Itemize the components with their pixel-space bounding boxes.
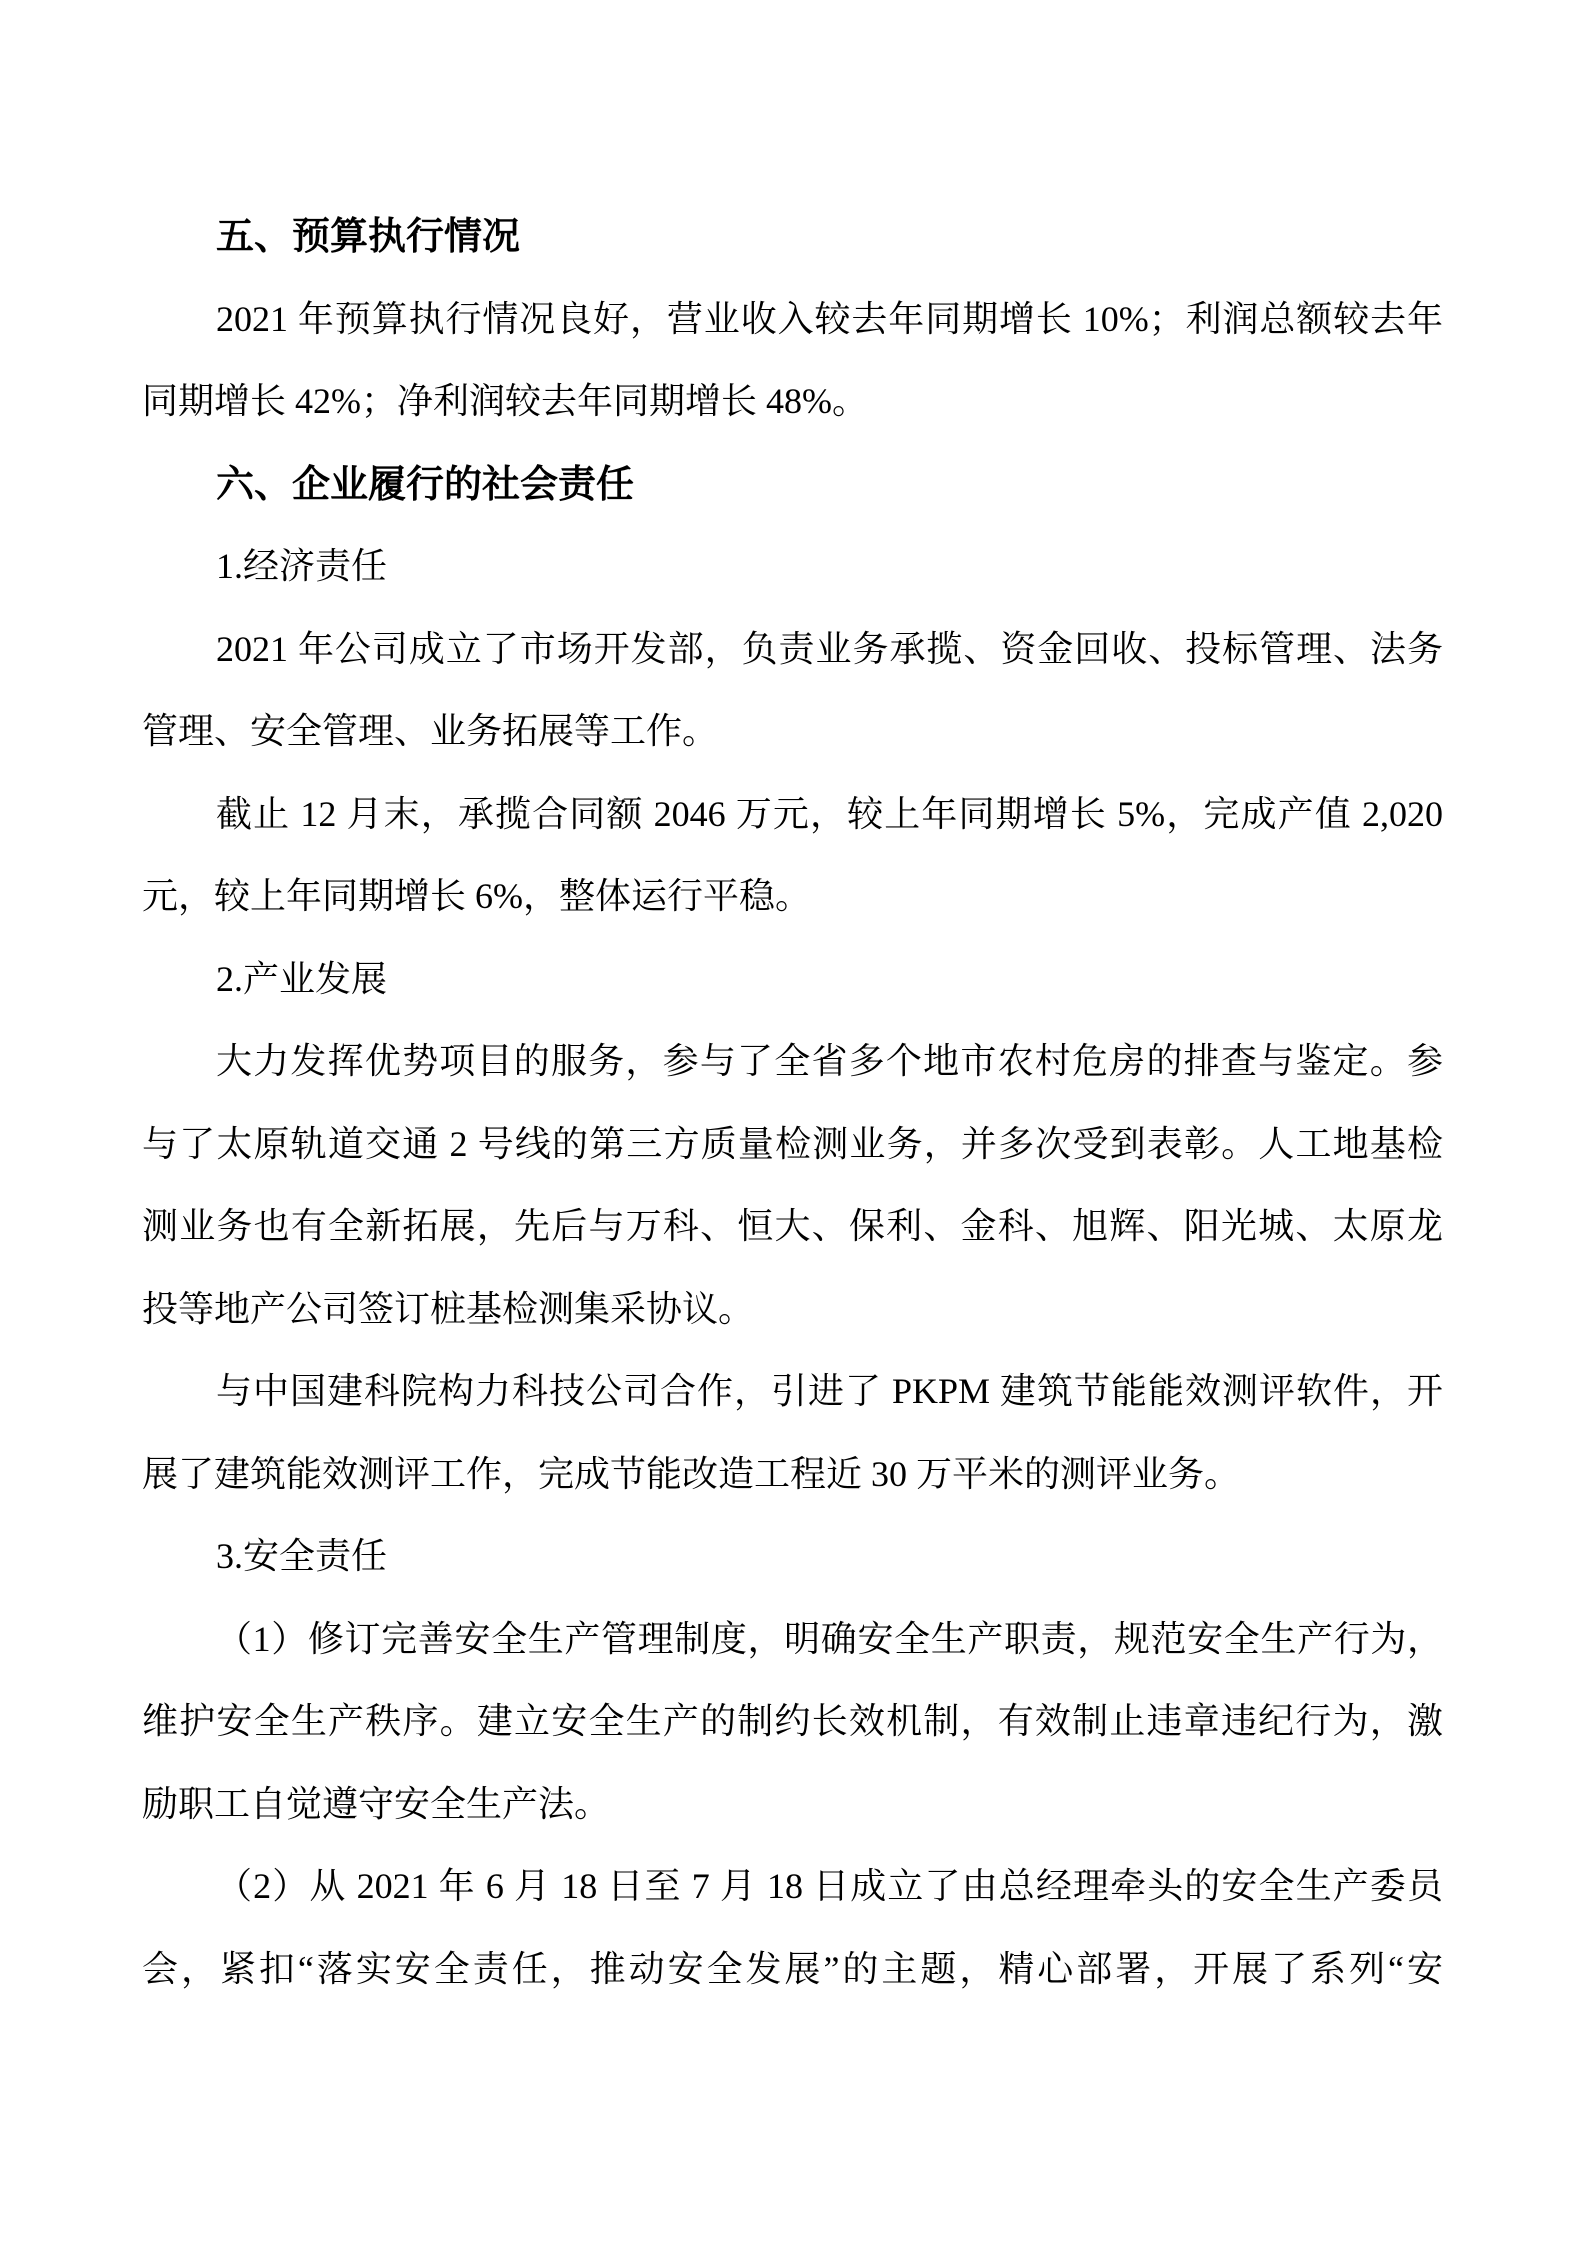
text-line: 维护安全生产秩序。建立安全生产的制约长效机制，有效制止违章违纪行为，激 [142, 1699, 1443, 1744]
text-line: 与中国建科院构力科技公司合作，引进了 PKPM 建筑节能能效测评软件，开 [142, 1369, 1443, 1414]
text-block: 五、预算执行情况2021 年预算执行情况良好，营业收入较去年同期增长 10%；利… [142, 0, 1443, 2245]
subsection-heading: 3.安全责任 [142, 1534, 1443, 1579]
text-line: 2021 年公司成立了市场开发部，负责业务承揽、资金回收、投标管理、法务 [142, 627, 1443, 672]
text-line: 会，紧扣“落实安全责任，推动安全发展”的主题，精心部署，开展了系列“安 [142, 1947, 1443, 1992]
section-heading: 六、企业履行的社会责任 [142, 462, 1443, 510]
text-line: 同期增长 42%；净利润较去年同期增长 48%。 [142, 379, 1443, 424]
text-line: 测业务也有全新拓展，先后与万科、恒大、保利、金科、旭辉、阳光城、太原龙 [142, 1204, 1443, 1249]
text-line: 大力发挥优势项目的服务，参与了全省多个地市农村危房的排查与鉴定。参 [142, 1039, 1443, 1084]
text-line: 2021 年预算执行情况良好，营业收入较去年同期增长 10%；利润总额较去年 [142, 297, 1443, 342]
text-line: 元，较上年同期增长 6%，整体运行平稳。 [142, 874, 1443, 919]
text-line: 与了太原轨道交通 2 号线的第三方质量检测业务，并多次受到表彰。人工地基检 [142, 1122, 1443, 1167]
document-page: 五、预算执行情况2021 年预算执行情况良好，营业收入较去年同期增长 10%；利… [0, 0, 1587, 2245]
text-line: 励职工自觉遵守安全生产法。 [142, 1782, 1443, 1827]
text-line: （2）从 2021 年 6 月 18 日至 7 月 18 日成立了由总经理牵头的… [142, 1864, 1443, 1909]
text-line: 截止 12 月末，承揽合同额 2046 万元，较上年同期增长 5%，完成产值 2… [142, 792, 1443, 837]
subsection-heading: 2.产业发展 [142, 957, 1443, 1002]
text-line: 管理、安全管理、业务拓展等工作。 [142, 709, 1443, 754]
section-heading: 五、预算执行情况 [142, 214, 1443, 262]
subsection-heading: 1.经济责任 [142, 544, 1443, 589]
text-line: 投等地产公司签订桩基检测集采协议。 [142, 1287, 1443, 1332]
text-line: 展了建筑能效测评工作，完成节能改造工程近 30 万平米的测评业务。 [142, 1452, 1443, 1497]
text-line: （1）修订完善安全生产管理制度，明确安全生产职责，规范安全生产行为， [142, 1617, 1443, 1662]
